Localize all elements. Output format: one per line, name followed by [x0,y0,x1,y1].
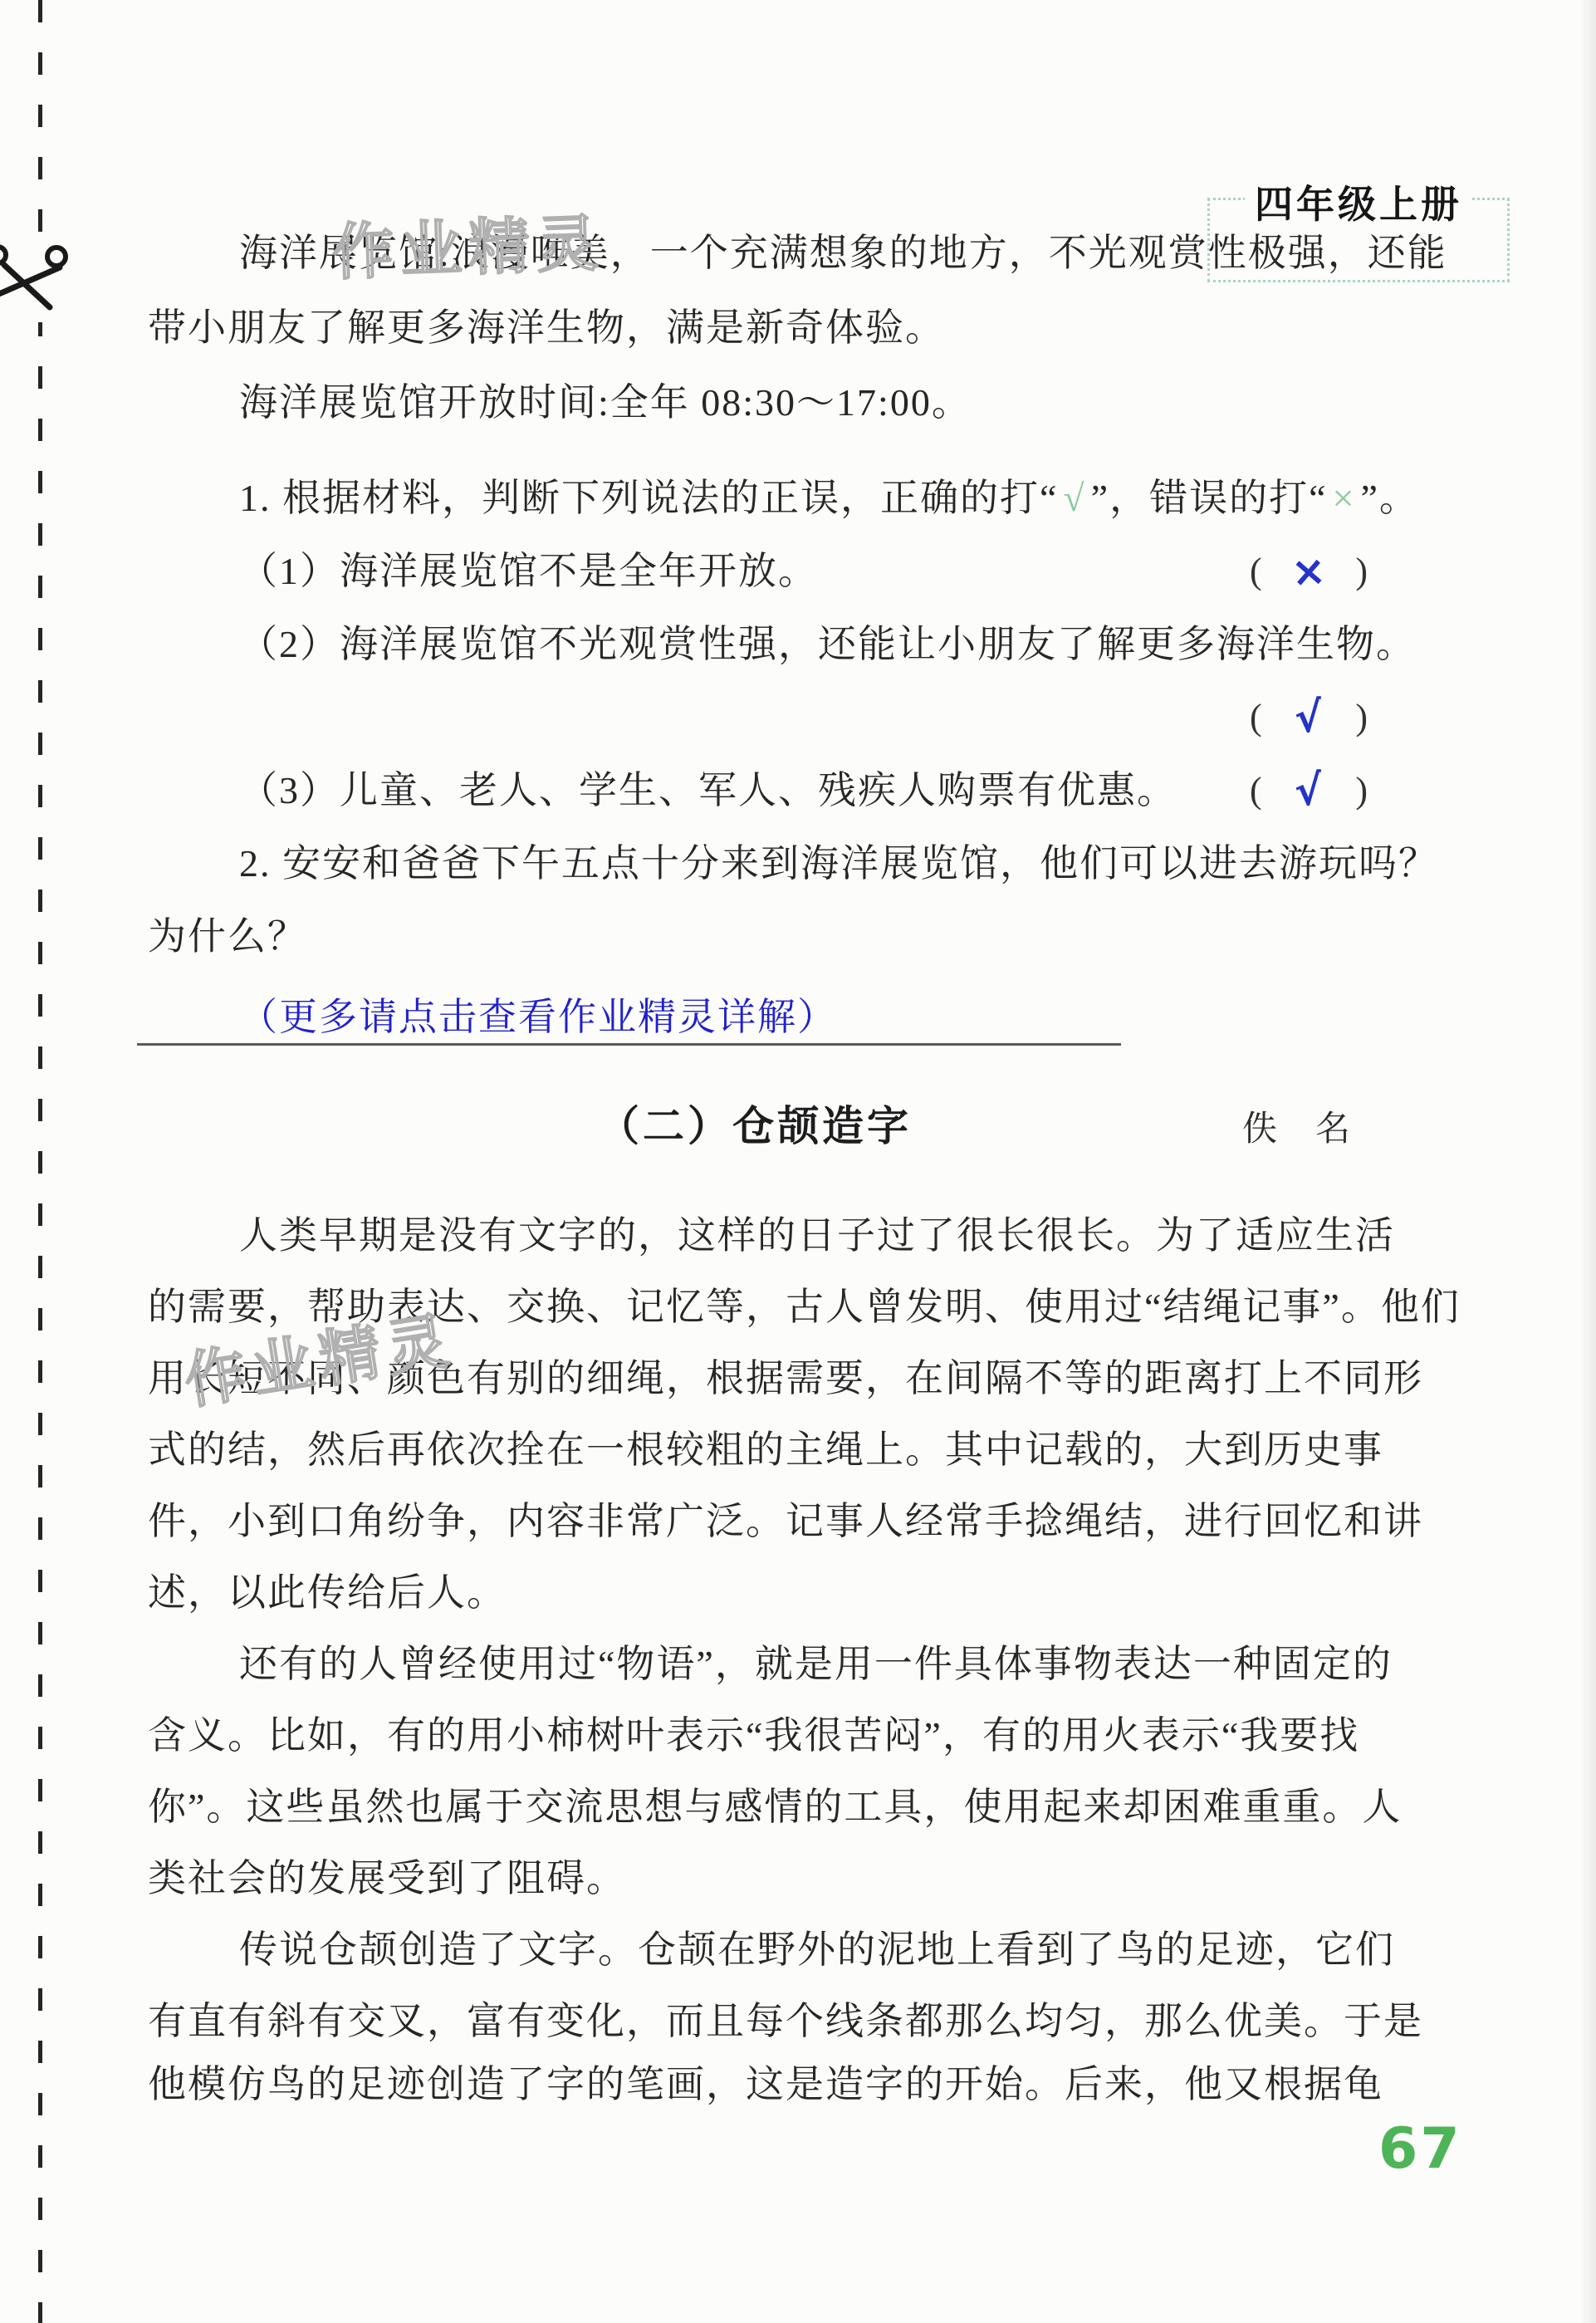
page-number: 67 [1378,2116,1462,2182]
cut-dashed-line [38,0,42,2323]
question-1-mid: ”，错误的打“ [1091,477,1328,519]
handwritten-check-mark: √ [1293,767,1324,815]
scan-edge-shadow [1579,0,1596,2323]
paren-close: ) [1355,548,1368,595]
question-2-line-1: 2. 安安和爸爸下午五点十分来到海洋展览馆，他们可以进去游玩吗？ [239,840,1438,887]
paren-close: ) [1355,767,1368,814]
material-line-1: 海洋展览馆:浪漫唯美，一个充满想象的地方，不光观赏性极强，还能 [239,230,1447,277]
question-2-line-2: 为什么？ [148,914,307,960]
workbook-page: 四年级上册 作业精灵 作业精灵 海洋展览馆:浪漫唯美，一个充满想象的地方，不光观… [0,0,1596,2323]
material-line-2: 带小朋友了解更多海洋生物，满是新奇体验。 [148,305,945,351]
answer-slot-2: ( √ ) [1250,694,1368,741]
paren-open: ( [1250,767,1262,814]
question-1: 1. 根据材料，判断下列说法的正误，正确的打“√”，错误的打“×”。 [239,475,1419,522]
story-line: 件，小到口角纷争，内容非常广泛。记事人经常手捻绳结，进行回忆和讲 [148,1498,1423,1545]
handwritten-check-mark: √ [1293,693,1324,742]
paren-open: ( [1250,548,1262,595]
story-line: 的需要，帮助表达、交换、记忆等，古人曾发明、使用过“结绳记事”。他们 [148,1284,1461,1331]
story-line: 有直有斜有交叉，富有变化，而且每个线条都那么均匀，那么优美。于是 [148,1998,1423,2045]
helper-details-link[interactable]: （更多请点击查看作业精灵详解） [239,987,837,1041]
story-line: 述，以此传给后人。 [148,1570,507,1616]
grade-label: 四年级上册 [1207,174,1510,229]
check-symbol: √ [1058,477,1090,519]
story-line: 传说仓颉创造了文字。仓颉在野外的泥地上看到了鸟的足迹，它们 [239,1927,1395,1973]
paren-open: ( [1250,694,1262,741]
answer-slot-3: ( √ ) [1250,767,1368,814]
paren-close: ) [1355,694,1368,741]
story-line: 你”。这些虽然也属于交流思想与感情的工具，使用起来却困难重重。人 [148,1784,1402,1830]
story-line: 人类早期是没有文字的，这样的日子过了很长很长。为了适应生活 [239,1213,1395,1259]
grade-label-text: 四年级上册 [1245,184,1472,226]
answer-slot-1: ( × ) [1250,548,1368,595]
question-1-suffix: ”。 [1360,477,1418,519]
story-line: 类社会的发展受到了阻碍。 [148,1855,626,1902]
story-line: 他模仿鸟的足迹创造了字的笔画，这是造字的开始。后来，他又根据龟 [148,2061,1383,2108]
story-line: 还有的人曾经使用过“物语”，就是用一件具体事物表达一种固定的 [239,1641,1393,1688]
story-line: 用长短不同、颜色有别的细绳，根据需要，在间隔不等的距离打上不同形 [148,1355,1423,1402]
question-1-item-1: （1）海洋展览馆不是全年开放。 [239,548,818,595]
section-title: （二）仓颉造字 [148,1093,1362,1153]
scissors-icon [0,243,75,322]
material-line-3: 海洋展览馆开放时间:全年 08:30～17:00。 [239,380,972,426]
story-line: 含义。比如，有的用小柿树叶表示“我很苦闷”，有的用火表示“我要找 [148,1713,1359,1759]
cross-symbol: × [1328,477,1361,519]
section-author: 佚 名 [1242,1101,1352,1151]
question-1-item-2: （2）海洋展览馆不光观赏性强，还能让小朋友了解更多海洋生物。 [239,621,1416,668]
handwritten-cross-mark: × [1290,547,1328,596]
question-1-prefix: 1. 根据材料，判断下列说法的正误，正确的打“ [239,477,1058,519]
story-line: 式的结，然后再依次拴在一根较粗的主绳上。其中记载的，大到历史事 [148,1427,1383,1473]
question-1-item-3: （3）儿童、老人、学生、军人、残疾人购票有优惠。 [239,767,1177,814]
divider-rule [137,1043,1121,1046]
